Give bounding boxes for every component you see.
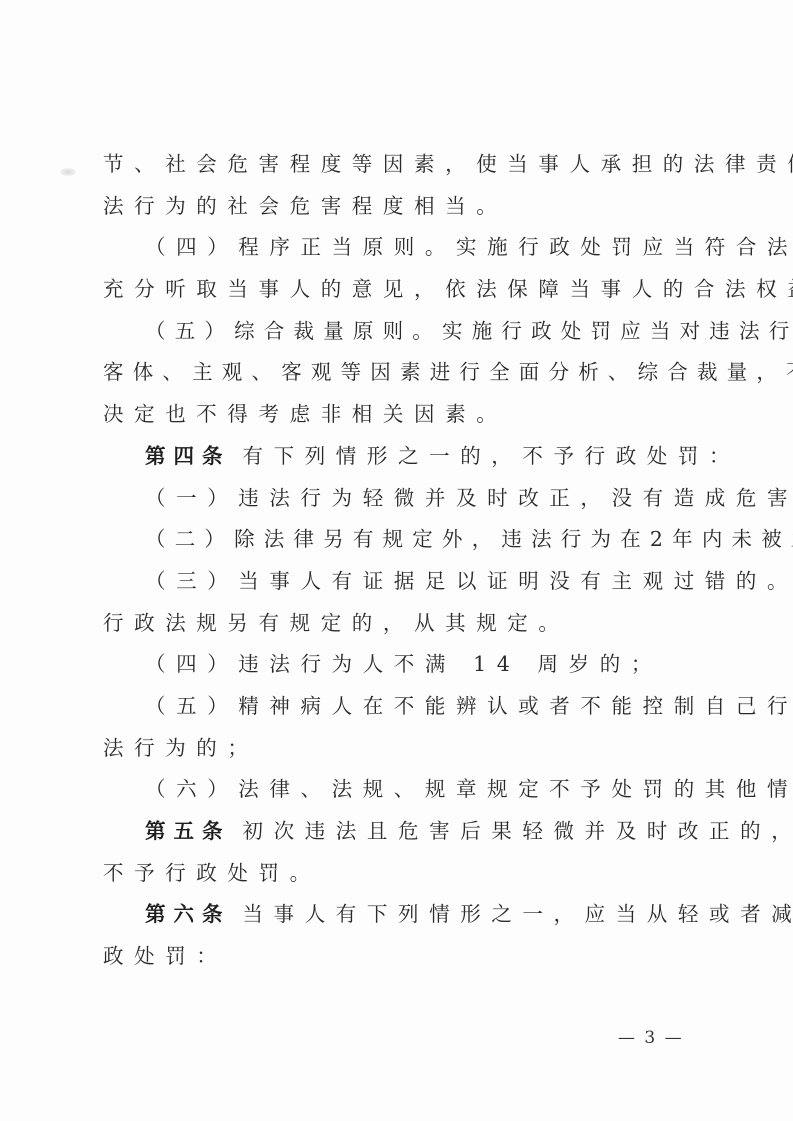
article-6-line: 第六条当事人有下列情形之一，应当从轻或者减轻行 [103, 894, 683, 936]
article-text: 当事人有下列情形之一，应当从轻或者减轻行 [243, 902, 793, 926]
text-line: 节、社会危害程度等因素，使当事人承担的法律责任与其违 [103, 144, 683, 186]
text-line: 不予行政处罚。 [103, 853, 683, 895]
document-body: 节、社会危害程度等因素，使当事人承担的法律责任与其违 法行为的社会危害程度相当。… [103, 144, 683, 978]
text-line: 法行为的社会危害程度相当。 [103, 186, 683, 228]
text-line: （五）综合裁量原则。实施行政处罚应当对违法行为的主体、 [103, 311, 683, 353]
text-line: （二）除法律另有规定外，违法行为在2年内未被发现的； [103, 519, 683, 561]
text-line: 客体、主观、客观等因素进行全面分析、综合裁量，不得片面 [103, 352, 683, 394]
article-text: 有下列情形之一的，不予行政处罚： [243, 444, 741, 468]
text-line: （六）法律、法规、规章规定不予处罚的其他情形。 [103, 769, 683, 811]
article-label: 第六条 [145, 902, 231, 926]
text-line: 法行为的； [103, 728, 683, 770]
page-number: — 3 — [618, 1028, 684, 1048]
text-line: （四）程序正当原则。实施行政处罚应当符合法定程序， [103, 227, 683, 269]
article-label: 第五条 [145, 819, 231, 843]
article-4-line: 第四条有下列情形之一的，不予行政处罚： [103, 436, 683, 478]
text-line: （四）违法行为人不满 14 周岁的； [103, 644, 683, 686]
text-line: 充分听取当事人的意见，依法保障当事人的合法权益。 [103, 269, 683, 311]
article-5-line: 第五条初次违法且危害后果轻微并及时改正的，可以 [103, 811, 683, 853]
text-line: （五）精神病人在不能辨认或者不能控制自己行为时有违 [103, 686, 683, 728]
article-text: 初次违法且危害后果轻微并及时改正的，可以 [243, 819, 793, 843]
text-line: 行政法规另有规定的，从其规定。 [103, 603, 683, 645]
text-line: （三）当事人有证据足以证明没有主观过错的。法律、 [103, 561, 683, 603]
text-line: 决定也不得考虑非相关因素。 [103, 394, 683, 436]
document-page: 节、社会危害程度等因素，使当事人承担的法律责任与其违 法行为的社会危害程度相当。… [0, 0, 793, 1121]
article-label: 第四条 [145, 444, 231, 468]
scan-speck [60, 168, 76, 176]
text-line: 政处罚： [103, 936, 683, 978]
text-line: （一）违法行为轻微并及时改正，没有造成危害后果的； [103, 478, 683, 520]
